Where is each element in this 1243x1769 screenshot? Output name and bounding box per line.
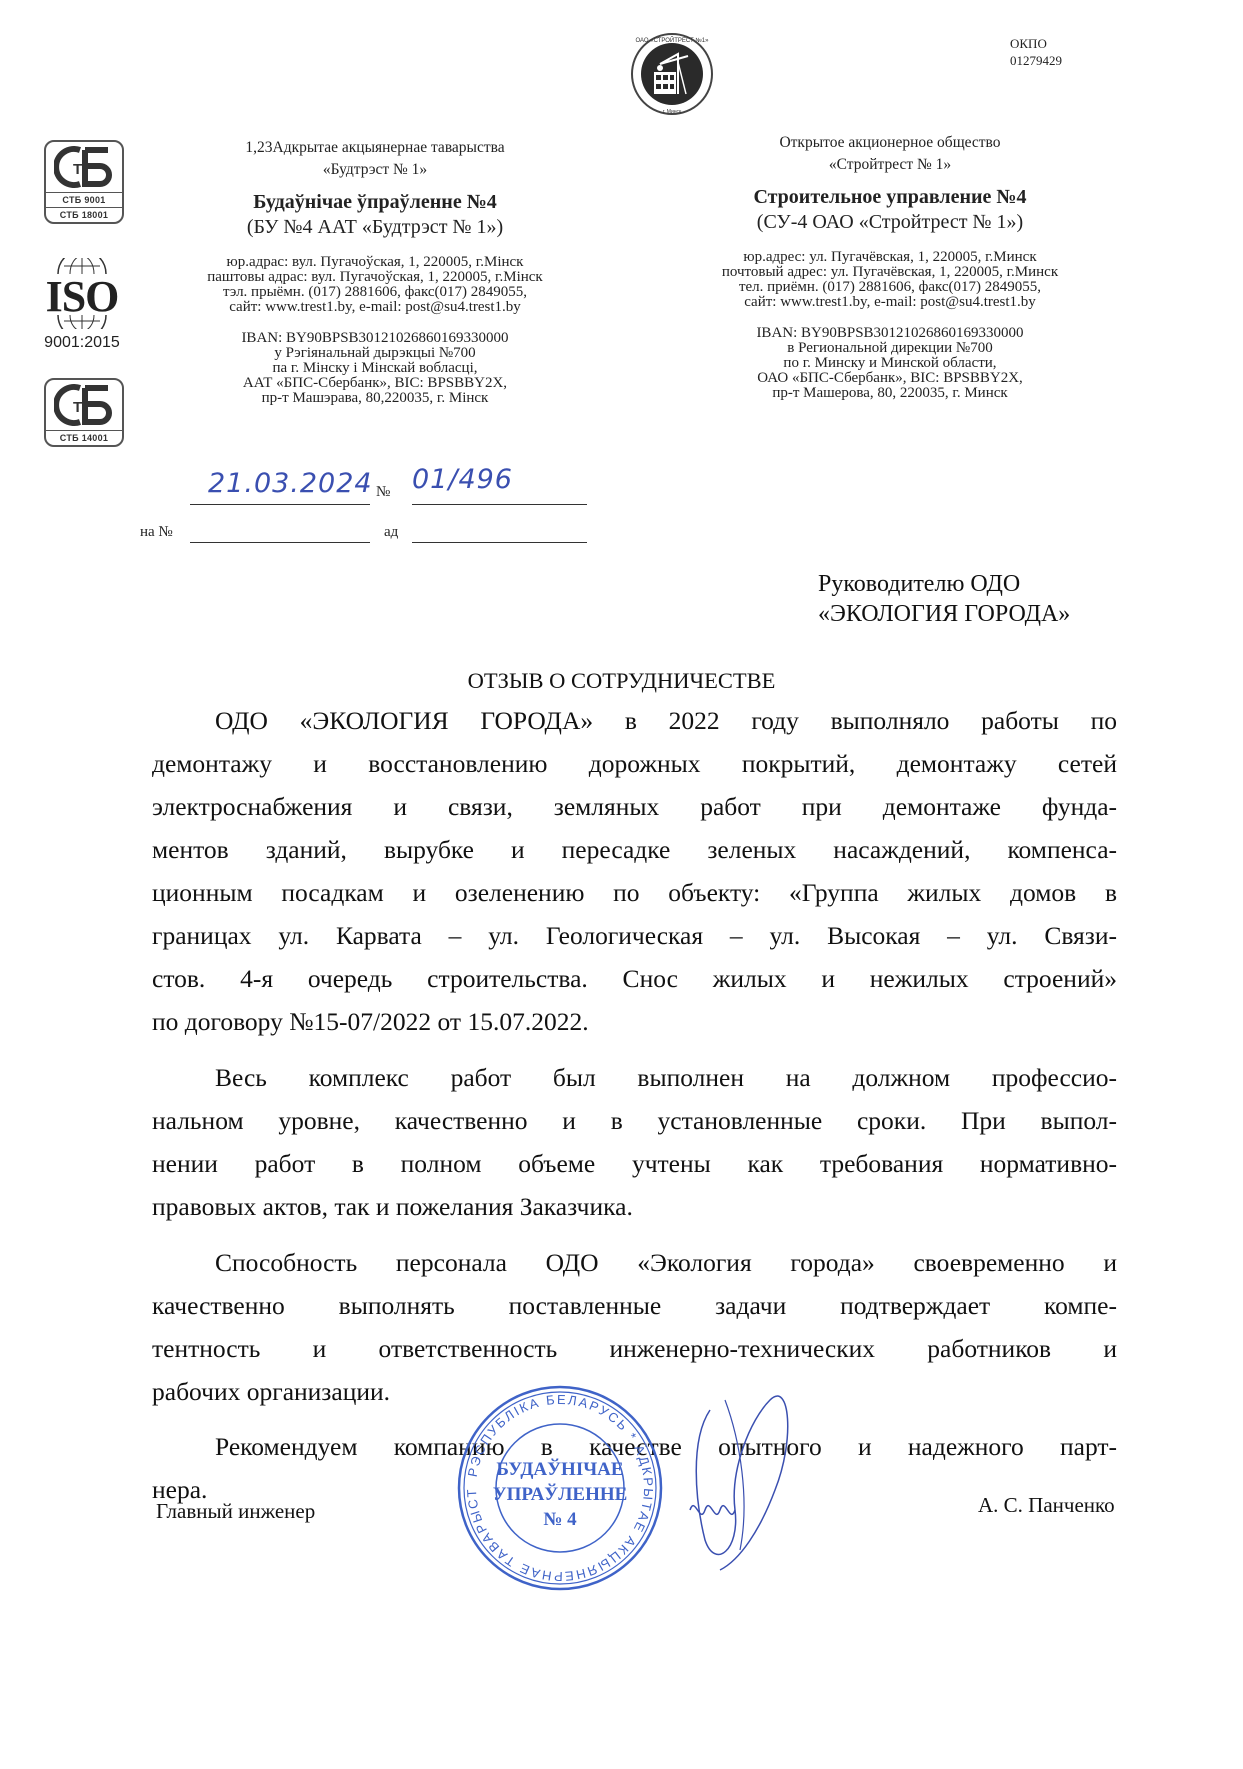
address-block: юр.адрес: ул. Пугачёвская, 1, 220005, г.… (660, 250, 1120, 310)
body-line: Рекомендуем компанию в качестве опытного… (215, 1432, 1117, 1462)
bank-line: по г. Минску и Минской области, (660, 356, 1120, 371)
official-stamp: РЭСПУБЛІКА БЕЛАРУСЬ * АДКРЫТАЕ АКЦЫЯНЕРН… (455, 1383, 665, 1593)
svg-text:Т: Т (73, 399, 82, 416)
date-field-line (190, 504, 370, 505)
iso-mark: ISO (34, 279, 130, 315)
bank-line: ААТ «БПС-Сбербанк», BIC: BPSBBY2X, (140, 376, 610, 391)
document-title: ОТЗЫВ О СОТРУДНИЧЕСТВЕ (0, 668, 1243, 694)
unit-abbr: (БУ №4 ААТ «Будтрэст № 1») (140, 215, 610, 239)
body-line: правовых актов, так и пожелания Заказчик… (152, 1192, 1117, 1222)
bank-line: ОАО «БПС-Сбербанк», BIC: BPSBBY2X, (660, 371, 1120, 386)
org-type: 1,23Адкрытае акцыянернае таварыства (140, 137, 610, 159)
body-line: границах ул. Карвата – ул. Геологическая… (152, 921, 1117, 951)
signer-position: Главный инженер (156, 1499, 315, 1524)
unit-abbr: (СУ-4 ОАО «Стройтрест № 1») (660, 210, 1120, 234)
body-line: демонтажу и восстановлению дорожных покр… (152, 749, 1117, 779)
body-line: по договору №15-07/2022 от 15.07.2022. (152, 1007, 1117, 1037)
address-line: юр.адрас: вул. Пугачоўская, 1, 220005, г… (140, 255, 610, 270)
org-name: «Стройтрест № 1» (660, 154, 1120, 176)
bank-block: IBAN: BY90BPSB30121026860169330000 у Рэг… (140, 331, 610, 406)
unit-name: Строительное управление №4 (660, 184, 1120, 210)
okpo-value: 01279429 (1010, 52, 1062, 69)
bank-line: IBAN: BY90BPSB30121026860169330000 (660, 326, 1120, 341)
svg-text:Т: Т (73, 161, 82, 178)
globe-bottom-icon (52, 315, 112, 329)
svg-text:УПРАЎЛЕННЕ: УПРАЎЛЕННЕ (493, 1483, 628, 1505)
address-line: сайт: www.trest1.by, e-mail: post@su4.tr… (140, 300, 610, 315)
reply-to-field (190, 542, 370, 543)
body-line: ментов зданий, вырубке и пересадке зелен… (152, 835, 1117, 865)
svg-text:№ 4: № 4 (543, 1509, 577, 1530)
handwritten-signature (680, 1380, 800, 1580)
stb-line: СТБ 18001 (46, 207, 122, 222)
bank-block: IBAN: BY90BPSB30121026860169330000 в Рег… (660, 326, 1120, 401)
address-line: юр.адрес: ул. Пугачёвская, 1, 220005, г.… (660, 250, 1120, 265)
from-field (412, 542, 587, 543)
body-line: Способность персонала ОДО «Экология горо… (215, 1248, 1117, 1278)
okpo-block: ОКПО 01279429 (1010, 35, 1062, 69)
svg-text:г. Минск: г. Минск (663, 109, 682, 115)
stb-mark-icon: Т (54, 384, 114, 426)
stb-certification-logo: Т СТБ 14001 (44, 378, 124, 447)
svg-text:БУДАЎНІЧАЕ: БУДАЎНІЧАЕ (496, 1458, 623, 1480)
org-type: Открытое акционерное общество (660, 132, 1120, 154)
address-line: паштовы адрас: вул. Пугачоўская, 1, 2200… (140, 270, 610, 285)
stb-line: СТБ 9001 (46, 192, 122, 207)
recipient-line: «ЭКОЛОГИЯ ГОРОДА» (818, 599, 1070, 629)
header-russian: Открытое акционерное общество «Стройтрес… (660, 132, 1120, 401)
bank-line: пр-т Машерова, 80, 220035, г. Минск (660, 386, 1120, 401)
address-line: тел. приёмн. (017) 2881606, факс(017) 28… (660, 280, 1120, 295)
iso-certification-logo: ISO 9001:2015 (34, 258, 130, 352)
body-line: ОДО «ЭКОЛОГИЯ ГОРОДА» в 2022 году выполн… (215, 706, 1117, 736)
registration-date: 21.03.2024 (208, 468, 373, 499)
unit-name: Будаўнічае ўпраўленне №4 (140, 189, 610, 215)
stb-mark-icon: Т (54, 146, 114, 188)
number-label: № (376, 484, 390, 501)
address-line: почтовый адрес: ул. Пугачёвская, 1, 2200… (660, 265, 1120, 280)
bank-line: IBAN: BY90BPSB30121026860169330000 (140, 331, 610, 346)
bank-line: в Региональной дирекции №700 (660, 341, 1120, 356)
registration-number: 01/496 (412, 464, 513, 495)
recipient: Руководителю ОДО «ЭКОЛОГИЯ ГОРОДА» (818, 569, 1070, 629)
address-line: тэл. прыёмн. (017) 2881606, факс(017) 28… (140, 285, 610, 300)
body-line: нении работ в полном объеме учтены как т… (152, 1149, 1117, 1179)
trust-emblem-logo: ОАО «СТРОЙТРЕСТ №1» г. Минск (630, 32, 714, 116)
stb-line: СТБ 14001 (46, 430, 122, 445)
address-block: юр.адрас: вул. Пугачоўская, 1, 220005, г… (140, 255, 610, 315)
reply-to-label: на № (140, 524, 173, 541)
body-line: нальном уровне, качественно и в установл… (152, 1106, 1117, 1136)
stb-certification-logo: Т СТБ 9001 СТБ 18001 (44, 140, 124, 224)
bank-line: у Рэгіянальнай дырэкцыі №700 (140, 346, 610, 361)
address-line: сайт: www.trest1.by, e-mail: post@su4.tr… (660, 295, 1120, 310)
from-label: ад (384, 524, 398, 541)
bank-line: па г. Мінску і Мінскай вобласці, (140, 361, 610, 376)
body-line: Весь комплекс работ был выполнен на долж… (215, 1063, 1117, 1093)
body-line: тентность и ответственность инженерно-те… (152, 1334, 1117, 1364)
number-field-line (412, 504, 587, 505)
body-line: ционным посадкам и озеленению по объекту… (152, 878, 1117, 908)
iso-standard: 9001:2015 (34, 334, 130, 352)
recipient-line: Руководителю ОДО (818, 569, 1070, 599)
body-line: электроснабжения и связи, земляных работ… (152, 792, 1117, 822)
svg-text:ОАО «СТРОЙТРЕСТ №1»: ОАО «СТРОЙТРЕСТ №1» (636, 36, 710, 44)
org-name: «Будтрэст № 1» (140, 159, 610, 181)
okpo-label: ОКПО (1010, 35, 1062, 52)
header-belarusian: 1,23Адкрытае акцыянернае таварыства «Буд… (140, 137, 610, 406)
signer-name: А. С. Панченко (978, 1493, 1115, 1518)
bank-line: пр-т Машэрава, 80,220035, г. Мінск (140, 391, 610, 406)
body-line: стов. 4-я очередь строительства. Снос жи… (152, 964, 1117, 994)
body-line: качественно выполнять поставленные задач… (152, 1291, 1117, 1321)
